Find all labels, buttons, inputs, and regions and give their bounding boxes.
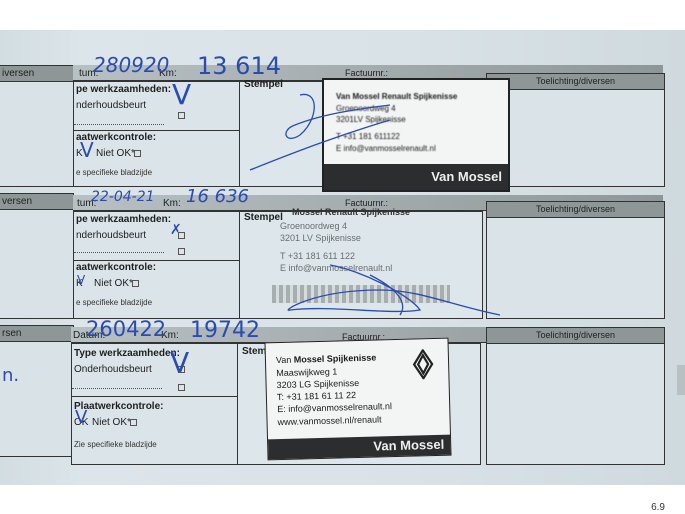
renault-diamond-icon [412, 349, 435, 380]
stamp-website: www.vanmossel.nl/renault [277, 414, 381, 427]
toelichting-header: Toelichting/diversen [487, 328, 664, 344]
stamp-street: Maaswijkweg 1 [276, 367, 337, 379]
stamp-name-regular: Van [276, 355, 294, 365]
onderhoudsbeurt-label: Onderhoudsbeurt [74, 364, 152, 375]
stamp-phone: T: +31 181 61 11 22 [277, 390, 356, 402]
dealer-stamp-3: Van Mossel Spijkenisse Maaswijkweg 1 320… [264, 338, 451, 461]
datum-value: 260422 [86, 317, 166, 341]
km-value: 19742 [190, 318, 260, 343]
niet-ok-checkbox[interactable] [130, 419, 137, 426]
onderhoud-check-mark: V [170, 346, 189, 379]
niet-ok-label: Niet OK* [92, 417, 131, 428]
type-werkzaamheden-label: Type werkzaamheden: [74, 348, 180, 359]
work-type-box-3: Type werkzaamheden: Onderhoudsbeurt Plaa… [71, 343, 239, 465]
left-header-3: rsen [0, 326, 73, 342]
left-handwritten-note: n. [2, 365, 19, 386]
stamp-city: 3203 LG Spijkenisse [276, 378, 359, 390]
stamp-footer: Van Mossel [268, 435, 450, 460]
toelichting-box-3: Toelichting/diversen [486, 327, 665, 465]
other-checkbox[interactable] [178, 384, 185, 391]
stamp-name-bold: Mossel Spijkenisse [294, 353, 377, 365]
service-entry-3: rsen n. Datum: Km: 260422 19742 Type wer… [0, 0, 685, 514]
specifieke-bladzijde-label: Zie specifieke bladzijde [74, 440, 157, 449]
ok-check-mark: V [75, 407, 87, 428]
plaatwerkcontrole-label: Plaatwerkcontrole: [74, 401, 163, 412]
left-page-notes-3: rsen [0, 325, 74, 457]
stamp-email: E: info@vanmosselrenault.nl [277, 401, 392, 414]
